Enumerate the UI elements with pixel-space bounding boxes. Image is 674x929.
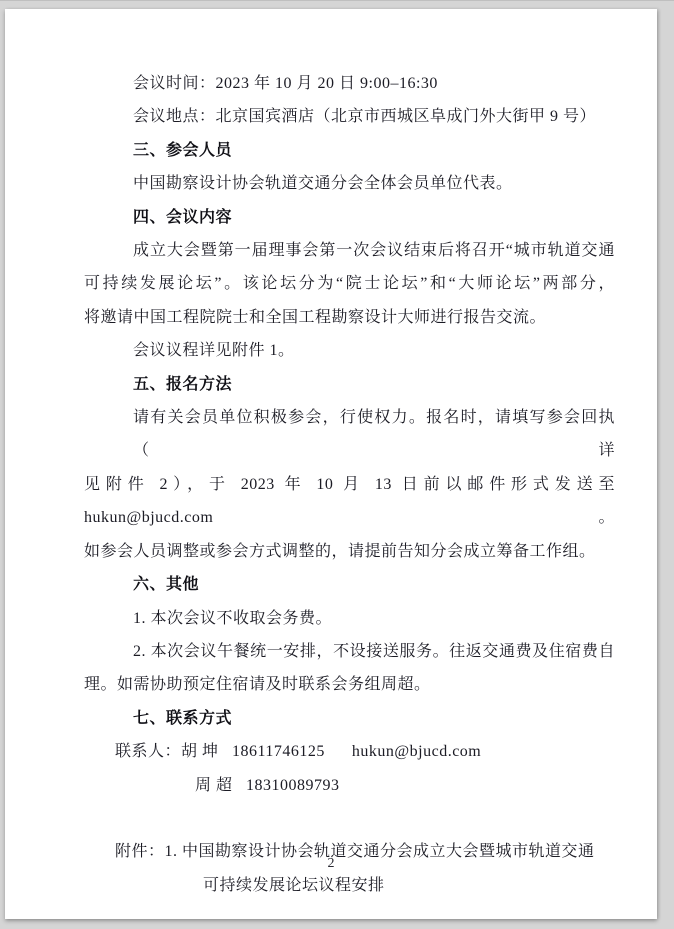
line-register-1: 请有关会员单位积极参会，行使权力。报名时，请填写参会回执（详 [84, 401, 615, 468]
heading-section-4: 四、会议内容 [84, 201, 615, 234]
line-agenda-ref: 会议议程详见附件 1。 [84, 334, 615, 367]
heading-section-3: 三、参会人员 [84, 134, 615, 167]
heading-section-6: 六、其他 [84, 568, 615, 601]
line-meeting-time: 会议时间：2023 年 10 月 20 日 9:00–16:30 [84, 67, 615, 100]
line-meeting-place: 会议地点：北京国宾酒店（北京市西城区阜成门外大街甲 9 号） [84, 100, 615, 133]
document-page: 会议时间：2023 年 10 月 20 日 9:00–16:30 会议地点：北京… [5, 9, 657, 919]
page-number: 2 [5, 856, 657, 872]
line-register-2: 见附件 2），于 2023 年 10 月 13 日前以邮件形式发送至 hukun… [84, 468, 615, 535]
line-contact-zhou-chao: 周 超 18310089793 [84, 769, 615, 802]
line-content-3: 将邀请中国工程院院士和全国工程勘察设计大师进行报告交流。 [84, 301, 615, 334]
heading-section-5: 五、报名方法 [84, 368, 615, 401]
viewer-background: { "document": { "lines": [ { "text": "会议… [0, 0, 674, 929]
line-contact-hu-kun: 联系人：胡 坤 18611746125 hukun@bjucd.com [84, 735, 615, 768]
line-other-3: 理。如需协助预定住宿请及时联系会务组周超。 [84, 668, 615, 701]
line-content-1: 成立大会暨第一届理事会第一次会议结束后将召开“城市轨道交通 [84, 234, 615, 267]
line-attendees: 中国勘察设计协会轨道交通分会全体会员单位代表。 [84, 167, 615, 200]
heading-section-7: 七、联系方式 [84, 702, 615, 735]
line-content-2: 可持续发展论坛”。该论坛分为“院士论坛”和“大师论坛”两部分， [84, 267, 615, 300]
line-register-3: 如参会人员调整或参会方式调整的，请提前告知分会成立筹备工作组。 [84, 535, 615, 568]
document-body: 会议时间：2023 年 10 月 20 日 9:00–16:30 会议地点：北京… [84, 67, 615, 902]
line-attachment-2: 可持续发展论坛议程安排 [84, 869, 615, 902]
blank-line [84, 802, 615, 835]
line-other-1: 1. 本次会议不收取会务费。 [84, 602, 615, 635]
line-other-2: 2. 本次会议午餐统一安排，不设接送服务。往返交通费及住宿费自 [84, 635, 615, 668]
